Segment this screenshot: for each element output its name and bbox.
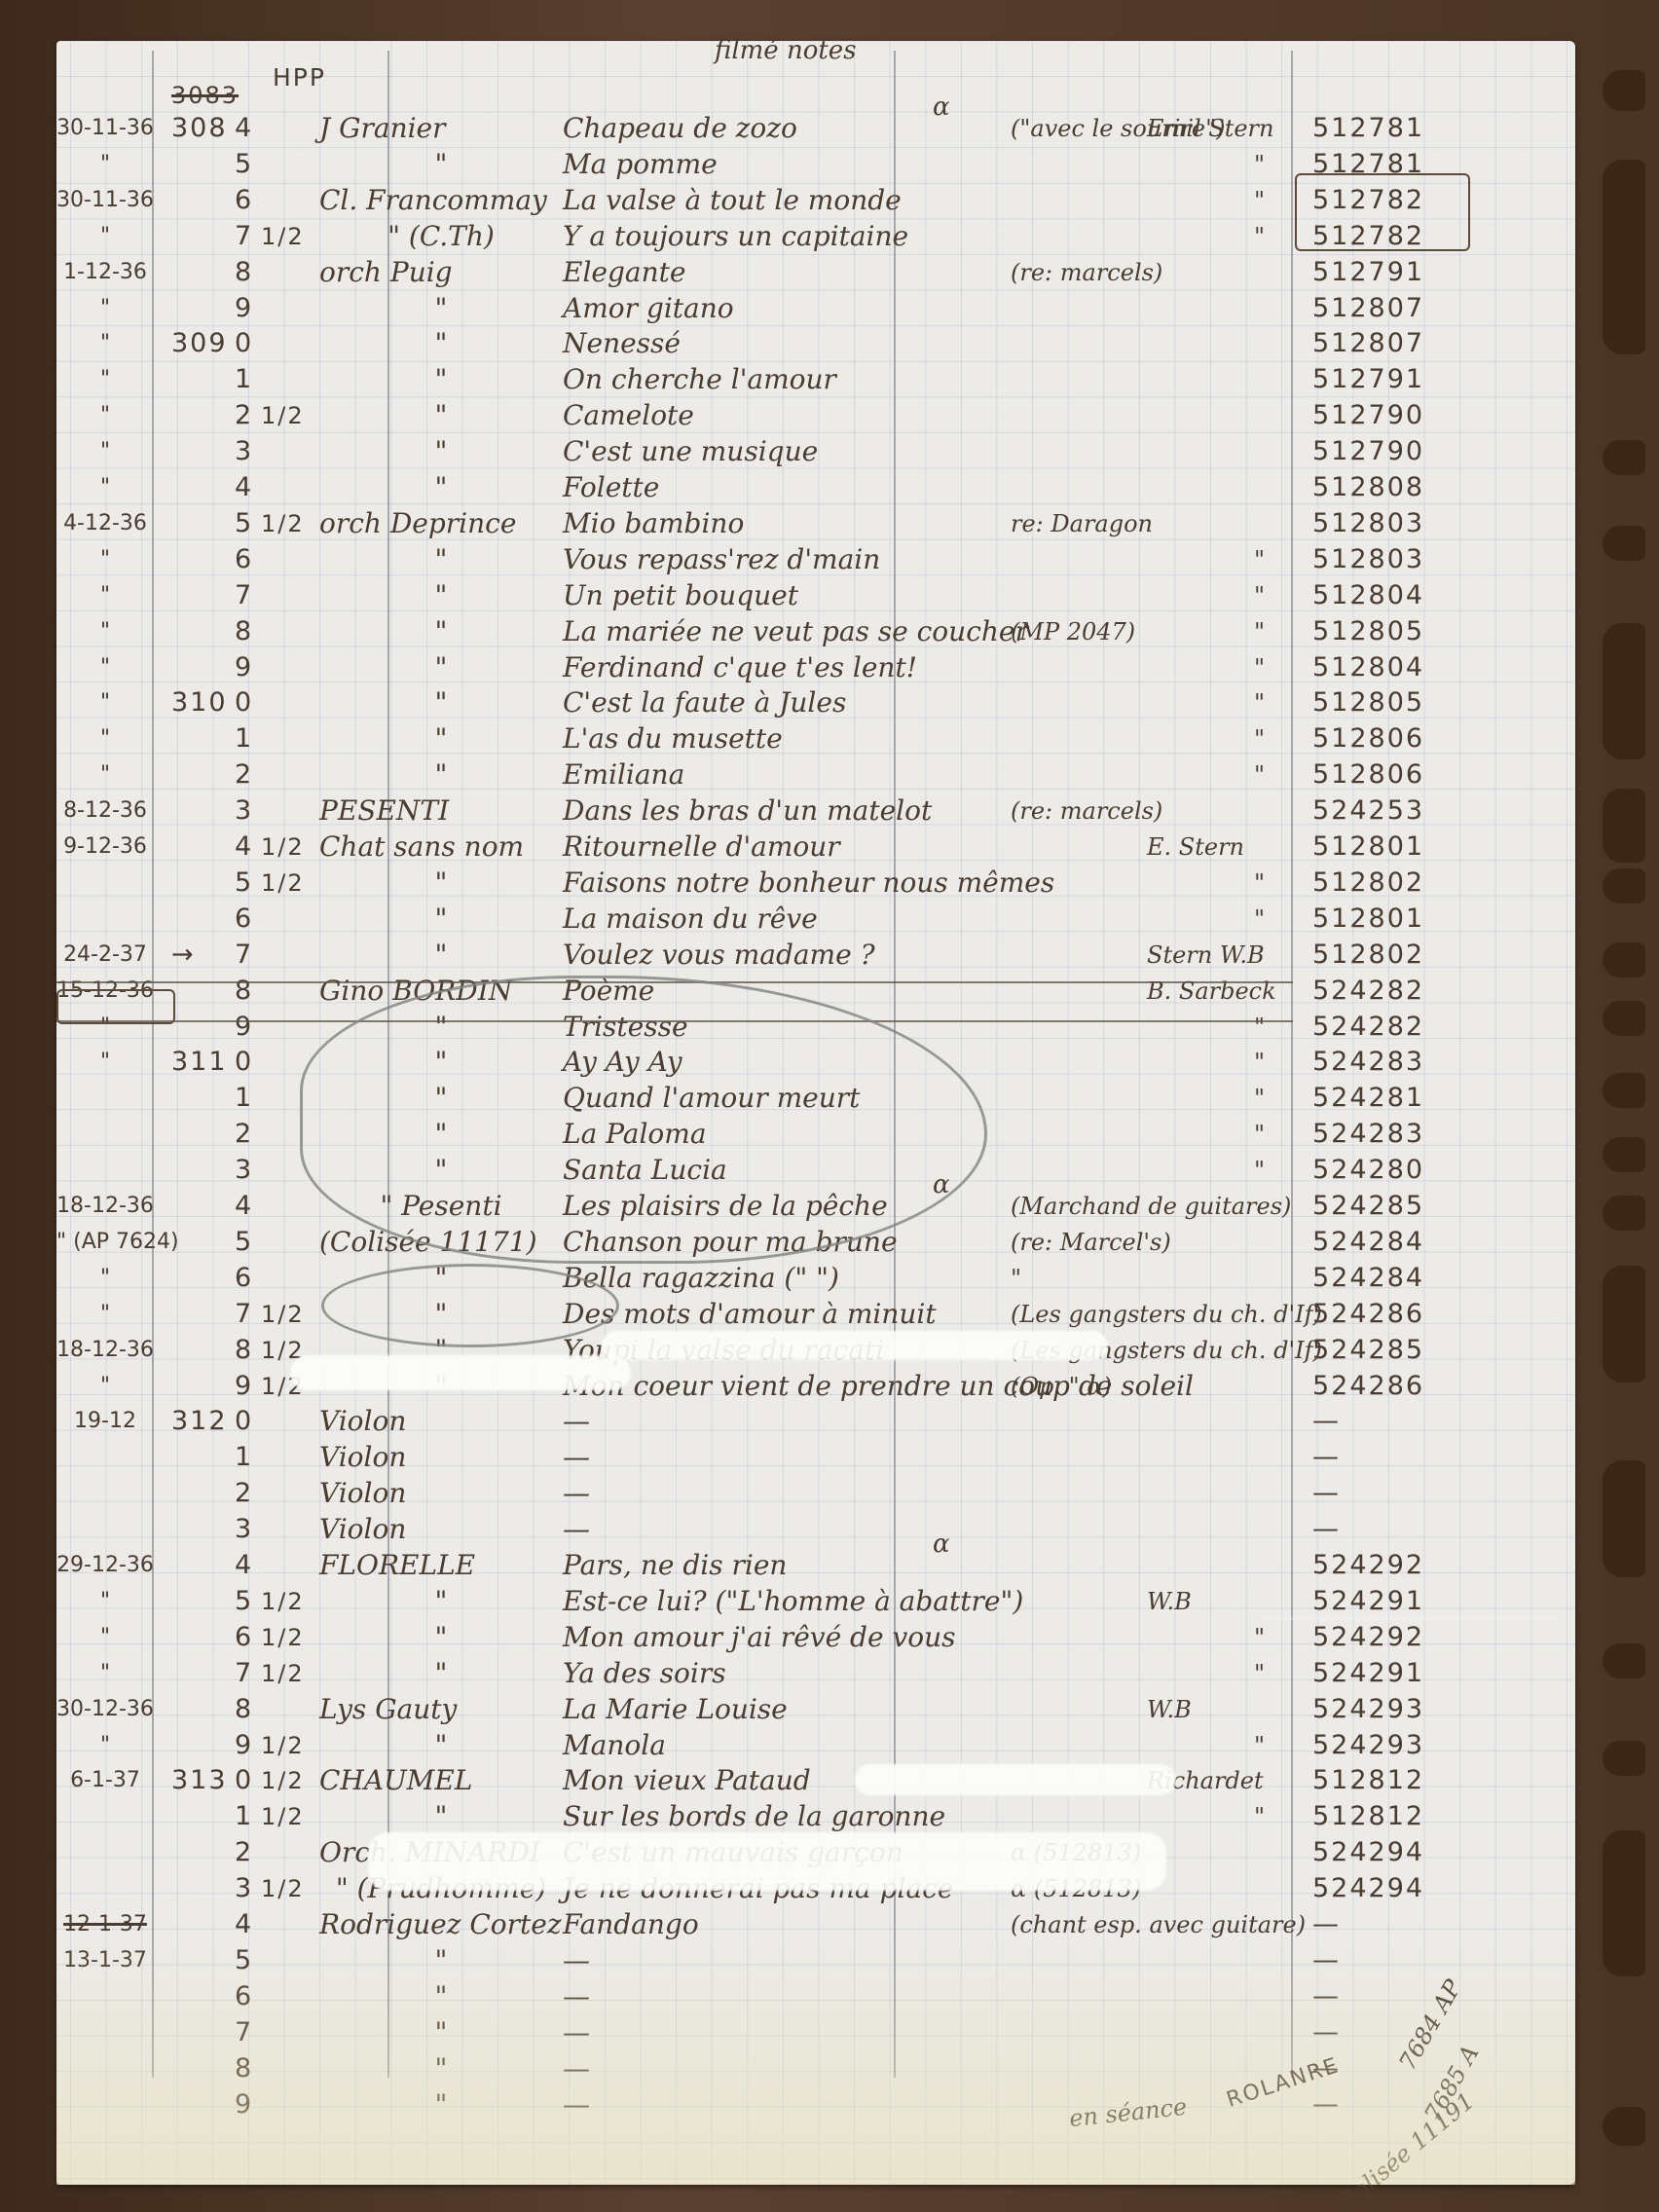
- cell-matrix: 512807: [1312, 326, 1424, 361]
- cell-note: (Marchand de guitares): [1011, 1189, 1291, 1224]
- cell-title: Dans les bras d'un matelot: [563, 793, 932, 829]
- cell-title: C'est la faute à Jules: [563, 685, 846, 720]
- cell-matrix: 524282: [1312, 1010, 1424, 1045]
- punch-hole: [1603, 1073, 1645, 1108]
- cell-artist: ": [319, 398, 563, 433]
- cell-matrix: 512804: [1312, 650, 1424, 685]
- cell-artist: ": [319, 902, 563, 937]
- matrix-box: [1295, 173, 1470, 251]
- cell-date: ": [56, 291, 154, 326]
- cell-take: 7: [235, 938, 253, 973]
- cell-take: 6: [235, 1979, 253, 2014]
- punch-hole: [1603, 868, 1645, 903]
- cell-artist: ": [319, 685, 563, 720]
- cell-title: Ya des soirs: [563, 1656, 726, 1691]
- cell-take: 2: [235, 1476, 253, 1511]
- cell-artist: Chat sans nom: [319, 829, 563, 865]
- punch-hole: [1603, 440, 1645, 475]
- cell-date: 24-2-37: [56, 938, 154, 973]
- cell-author: ": [1254, 1728, 1265, 1763]
- cell-note: ": [1011, 1261, 1021, 1296]
- cell-artist: Violon: [319, 1512, 563, 1547]
- cell-matrix: 512790: [1312, 398, 1424, 433]
- cell-note: re: Daragon: [1011, 506, 1153, 541]
- cell-artist: ": [319, 1584, 563, 1619]
- cell-take: 7: [235, 2015, 253, 2050]
- cell-matrix: 524285: [1312, 1333, 1424, 1368]
- cell-matrix: 524294: [1312, 1871, 1424, 1906]
- cell-take: 3: [235, 434, 253, 469]
- cell-block: 311: [171, 1045, 228, 1080]
- cell-matrix: 512805: [1312, 614, 1424, 649]
- cell-matrix: 524282: [1312, 974, 1424, 1009]
- cell-matrix: 524283: [1312, 1117, 1424, 1152]
- cell-author: ": [1254, 1656, 1265, 1691]
- cell-title: L'as du musette: [563, 721, 783, 756]
- cell-author: ": [1254, 614, 1265, 649]
- cell-block: →: [171, 938, 196, 973]
- punch-hole: [1603, 942, 1645, 977]
- punch-hole: [1603, 1137, 1645, 1172]
- cell-title: Amor gitano: [563, 291, 734, 326]
- cell-take: 8: [235, 614, 253, 649]
- cell-title: La maison du rêve: [563, 902, 818, 937]
- cell-take: 3: [235, 793, 253, 829]
- cell-artist: ": [319, 2087, 563, 2122]
- cell-take: 1: [235, 1799, 253, 1834]
- date-box: [56, 989, 175, 1024]
- page-title: filmé notes: [715, 33, 857, 68]
- cell-artist: ": [319, 291, 563, 326]
- cell-take: 5: [235, 1943, 253, 1978]
- cell-take: 0: [235, 1045, 253, 1080]
- cell-matrix: 512791: [1312, 255, 1424, 290]
- cell-take: 3: [235, 1871, 253, 1906]
- cell-matrix: 512803: [1312, 542, 1424, 577]
- cell-matrix: 512803: [1312, 506, 1424, 541]
- cell-take: 1: [235, 362, 253, 397]
- cell-title: La mariée ne veut pas se coucher: [563, 614, 1028, 649]
- cell-take: 0: [235, 1763, 253, 1798]
- cell-note: (re: marcels): [1011, 255, 1162, 290]
- cell-matrix: 524294: [1312, 1835, 1424, 1870]
- cell-artist: ": [319, 362, 563, 397]
- cell-half: 1/2: [261, 1656, 305, 1691]
- cell-matrix: 524292: [1312, 1548, 1424, 1583]
- cell-title: —: [563, 2015, 590, 2050]
- cell-title: Y a toujours un capitaine: [563, 219, 908, 254]
- cell-take: 8: [235, 2051, 253, 2086]
- cell-date: ": [56, 721, 154, 756]
- cell-matrix: 512790: [1312, 434, 1424, 469]
- cell-take: 5: [235, 866, 253, 901]
- cell-take: 2: [235, 1117, 253, 1152]
- cell-date: 30-11-36: [56, 183, 154, 218]
- cell-artist: ": [319, 1656, 563, 1691]
- cell-author: Emil Stern: [1147, 111, 1273, 146]
- cell-title: Pars, ne dis rien: [563, 1548, 787, 1583]
- cell-author: ": [1254, 902, 1265, 937]
- cell-date: ": [56, 685, 154, 720]
- cell-title: Camelote: [563, 398, 694, 433]
- cell-artist: ": [319, 1943, 563, 1978]
- cell-take: 5: [235, 147, 253, 182]
- cell-author: ": [1254, 757, 1265, 793]
- cell-title: Elegante: [563, 255, 685, 290]
- cell-artist: Rodriguez Cortez: [319, 1907, 563, 1942]
- cell-title: —: [563, 1943, 590, 1978]
- cell-take: 1: [235, 1081, 253, 1116]
- cell-artist: ": [319, 614, 563, 649]
- cell-take: 6: [235, 542, 253, 577]
- cell-title: Emiliana: [563, 757, 684, 793]
- cell-title: Faisons notre bonheur nous mêmes: [563, 866, 1054, 901]
- cell-title: On cherche l'amour: [563, 362, 836, 397]
- cell-date: ": [56, 1261, 154, 1296]
- punch-hole: [1603, 1643, 1645, 1678]
- cell-matrix: 512808: [1312, 470, 1424, 505]
- cell-half: 1/2: [261, 219, 305, 254]
- cell-half: 1/2: [261, 829, 305, 865]
- cell-matrix: 512781: [1312, 111, 1424, 146]
- cell-title: C'est une musique: [563, 434, 818, 469]
- cell-half: 1/2: [261, 866, 305, 901]
- cell-date: 8-12-36: [56, 793, 154, 829]
- cell-artist: Lys Gauty: [319, 1692, 563, 1727]
- cell-artist: ": [319, 147, 563, 182]
- cell-block: 313: [171, 1763, 228, 1798]
- cell-title: Voulez vous madame ?: [563, 938, 875, 973]
- cell-artist: Cl. Francommay: [319, 183, 563, 218]
- cell-date: 12-1-37: [56, 1907, 154, 1942]
- cell-take: 4: [235, 111, 253, 146]
- cell-date: ": [56, 219, 154, 254]
- cell-title: Mon vieux Pataud: [563, 1763, 811, 1798]
- cell-take: 9: [235, 1369, 253, 1404]
- cell-half: 1/2: [261, 1728, 305, 1763]
- cell-half: 1/2: [261, 1799, 305, 1834]
- cell-take: 5: [235, 1584, 253, 1619]
- punch-hole: [1603, 526, 1645, 561]
- cell-title: Sur les bords de la garonne: [563, 1799, 945, 1834]
- punch-hole: [1603, 1196, 1645, 1231]
- punch-hole: [1603, 1266, 1645, 1382]
- cell-artist: ": [319, 938, 563, 973]
- cell-artist: ": [319, 470, 563, 505]
- cell-author: ": [1254, 147, 1265, 182]
- margin-note: en séance: [1067, 2089, 1188, 2136]
- cell-note: (re: Marcel's): [1011, 1225, 1171, 1260]
- cell-half: 1/2: [261, 506, 305, 541]
- cell-date: 13-1-37: [56, 1943, 154, 1978]
- cell-matrix: —: [1312, 2087, 1341, 2122]
- cell-artist: PESENTI: [319, 793, 563, 829]
- cell-author: ": [1254, 866, 1265, 901]
- cell-half: 1/2: [261, 1763, 305, 1798]
- correction-fluid: [855, 1764, 1176, 1795]
- cell-matrix: 524285: [1312, 1189, 1424, 1224]
- cell-take: 4: [235, 1189, 253, 1224]
- cell-date: ": [56, 1728, 154, 1763]
- cell-take: 1: [235, 721, 253, 756]
- cell-title: Un petit bouquet: [563, 578, 798, 613]
- cell-date: ": [56, 578, 154, 613]
- cell-half: 1/2: [261, 1620, 305, 1655]
- cell-artist: ": [319, 1799, 563, 1834]
- cell-matrix: 512802: [1312, 938, 1424, 973]
- punch-hole: [1603, 1830, 1645, 1976]
- cell-block: 308: [171, 111, 228, 146]
- cell-date: ": [56, 1045, 154, 1080]
- cell-date: ": [56, 1297, 154, 1332]
- cell-date: 30-12-36: [56, 1692, 154, 1727]
- cell-date: ": [56, 1369, 154, 1404]
- cell-matrix: —: [1312, 1476, 1341, 1511]
- cell-note: (chant esp. avec guitare): [1011, 1907, 1306, 1942]
- cell-artist: ": [319, 1728, 563, 1763]
- cell-take: 6: [235, 1620, 253, 1655]
- cell-take: 7: [235, 578, 253, 613]
- cell-matrix: 524284: [1312, 1225, 1424, 1260]
- cell-take: 9: [235, 1010, 253, 1045]
- cell-take: 3: [235, 1153, 253, 1188]
- punch-hole: [1603, 70, 1645, 111]
- cell-artist: ": [319, 650, 563, 685]
- cell-author: ": [1254, 721, 1265, 756]
- cell-title: —: [563, 1404, 590, 1439]
- cell-matrix: —: [1312, 1404, 1341, 1439]
- pencil-circle: [321, 1264, 619, 1347]
- cell-take: 4: [235, 470, 253, 505]
- cell-artist: ": [319, 757, 563, 793]
- correction-fluid: [290, 1355, 631, 1390]
- cell-half: 1/2: [261, 1871, 305, 1906]
- cell-artist: ": [319, 326, 563, 361]
- cell-author: ": [1254, 1010, 1265, 1045]
- cell-title: Vous repass'rez d'main: [563, 542, 880, 577]
- cell-matrix: 512801: [1312, 829, 1424, 865]
- cell-author: ": [1254, 1045, 1265, 1080]
- cell-take: 9: [235, 2087, 253, 2122]
- cell-title: —: [563, 1512, 590, 1547]
- cell-take: 5: [235, 506, 253, 541]
- cell-matrix: 524286: [1312, 1369, 1424, 1404]
- cell-matrix: —: [1312, 1512, 1341, 1547]
- cell-note: (Les gangsters du ch. d'If): [1011, 1297, 1322, 1332]
- cell-take: 6: [235, 902, 253, 937]
- cell-author: ": [1254, 1620, 1265, 1655]
- cell-take: 0: [235, 685, 253, 720]
- cell-artist: ": [319, 1979, 563, 2014]
- cell-date: ": [56, 614, 154, 649]
- cell-title: Ferdinand c'que t'es lent!: [563, 650, 917, 685]
- cell-matrix: 512802: [1312, 866, 1424, 901]
- cell-author: ": [1254, 1081, 1265, 1116]
- cell-author: ": [1254, 1117, 1265, 1152]
- cell-take: 4: [235, 1548, 253, 1583]
- cell-matrix: 524286: [1312, 1297, 1424, 1332]
- cell-artist: ": [319, 434, 563, 469]
- cell-title: Mon amour j'ai rêvé de vous: [563, 1620, 956, 1655]
- cell-take: 0: [235, 326, 253, 361]
- cell-matrix: 524284: [1312, 1261, 1424, 1296]
- cell-matrix: 524292: [1312, 1620, 1424, 1655]
- cell-date: 29-12-36: [56, 1548, 154, 1583]
- cell-matrix: 524283: [1312, 1045, 1424, 1080]
- cell-artist: ": [319, 542, 563, 577]
- cell-take: 0: [235, 1404, 253, 1439]
- cell-title: La Marie Louise: [563, 1692, 788, 1727]
- cell-take: 9: [235, 1728, 253, 1763]
- binder-holes: [1599, 0, 1645, 2212]
- cell-date: 19-12: [56, 1404, 154, 1439]
- cell-author: B. Sarbeck: [1147, 974, 1276, 1009]
- cell-title: Fandango: [563, 1907, 699, 1942]
- cell-date: 6-1-37: [56, 1763, 154, 1798]
- correction-fluid: [368, 1832, 1166, 1891]
- cell-date: ": [56, 542, 154, 577]
- cell-author: ": [1254, 1153, 1265, 1188]
- cell-title: —: [563, 1440, 590, 1475]
- cell-take: 1: [235, 1440, 253, 1475]
- cell-matrix: 512805: [1312, 685, 1424, 720]
- cell-author: ": [1254, 1799, 1265, 1834]
- cell-artist: " (C.Th): [319, 219, 563, 254]
- cell-author: W.B: [1147, 1584, 1192, 1619]
- cell-title: La valse à tout le monde: [563, 183, 902, 218]
- cell-date: ": [56, 362, 154, 397]
- cell-artist: Violon: [319, 1404, 563, 1439]
- cell-date: ": [56, 147, 154, 182]
- cell-date: 4-12-36: [56, 506, 154, 541]
- cell-matrix: 512804: [1312, 578, 1424, 613]
- cell-date: " (AP 7624): [56, 1225, 154, 1260]
- cell-matrix: 512812: [1312, 1799, 1424, 1834]
- pencil-bracket: [300, 976, 987, 1264]
- cell-block: 310: [171, 685, 228, 720]
- cell-date: ": [56, 398, 154, 433]
- cell-date: ": [56, 757, 154, 793]
- cell-date: ": [56, 1584, 154, 1619]
- cell-note: (Op. " α): [1011, 1369, 1112, 1404]
- cell-date: ": [56, 650, 154, 685]
- cell-date: ": [56, 1620, 154, 1655]
- cell-matrix: 512806: [1312, 757, 1424, 793]
- cell-date: 1-12-36: [56, 255, 154, 290]
- cell-take: 2: [235, 398, 253, 433]
- cell-author: ": [1254, 219, 1265, 254]
- cell-take: 7: [235, 1656, 253, 1691]
- cell-title: Ritournelle d'amour: [563, 829, 840, 865]
- cell-author: ": [1254, 183, 1265, 218]
- cell-date: ": [56, 434, 154, 469]
- cell-date: ": [56, 470, 154, 505]
- cell-title: Ma pomme: [563, 147, 718, 182]
- cell-matrix: 512801: [1312, 902, 1424, 937]
- cell-date: ": [56, 326, 154, 361]
- punch-hole: [1603, 623, 1645, 759]
- correction-fluid: [602, 1331, 1108, 1360]
- cell-artist: ": [319, 2015, 563, 2050]
- cell-artist: ": [319, 578, 563, 613]
- cell-matrix: 512806: [1312, 721, 1424, 756]
- cell-block: 312: [171, 1404, 228, 1439]
- cell-title: Chapeau de zozo: [563, 111, 797, 146]
- column-header-hpp: HPP: [273, 60, 326, 95]
- cell-matrix: 524253: [1312, 793, 1424, 829]
- cell-author: Stern W.B: [1147, 938, 1265, 973]
- alpha-mark-icon: α: [933, 1527, 950, 1562]
- cell-take: 7: [235, 219, 253, 254]
- cell-matrix: 524280: [1312, 1153, 1424, 1188]
- cell-artist: ": [319, 1620, 563, 1655]
- cell-take: 8: [235, 255, 253, 290]
- cell-take: 8: [235, 1333, 253, 1368]
- cell-matrix: —: [1312, 1907, 1341, 1942]
- cell-title: —: [563, 2051, 590, 2086]
- punch-hole: [1603, 1001, 1645, 1036]
- punch-hole: [1603, 1741, 1645, 1776]
- punch-hole: [1603, 789, 1645, 863]
- margin-note: Colisée 11191: [1331, 2084, 1483, 2212]
- cell-author: ": [1254, 542, 1265, 577]
- cell-half: 1/2: [261, 1297, 305, 1332]
- correction-fluid: [1264, 1618, 1556, 1619]
- cell-matrix: —: [1312, 1979, 1341, 2014]
- cell-artist: orch Puig: [319, 255, 563, 290]
- cell-take: 2: [235, 1835, 253, 1870]
- cell-take: 9: [235, 650, 253, 685]
- cell-note: (MP 2047): [1011, 614, 1135, 649]
- cell-take: 5: [235, 1225, 253, 1260]
- cell-artist: FLORELLE: [319, 1548, 563, 1583]
- cell-artist: J Granier: [319, 111, 563, 146]
- ledger-page: filmé notes 3083 HPP 30-11-363084J Grani…: [56, 41, 1575, 2185]
- cell-take: 9: [235, 291, 253, 326]
- cell-take: 7: [235, 1297, 253, 1332]
- cell-matrix: 524281: [1312, 1081, 1424, 1116]
- cell-matrix: 512807: [1312, 291, 1424, 326]
- cell-title: —: [563, 2087, 590, 2122]
- cell-date: 30-11-36: [56, 111, 154, 146]
- column-rule: [1291, 51, 1293, 2078]
- cell-title: Est-ce lui? ("L'homme à abattre"): [563, 1584, 1023, 1619]
- punch-hole: [1603, 2107, 1645, 2146]
- cell-take: 6: [235, 1261, 253, 1296]
- cell-date: ": [56, 1656, 154, 1691]
- cell-note: (re: marcels): [1011, 793, 1162, 829]
- cell-take: 2: [235, 757, 253, 793]
- cell-artist: ": [319, 721, 563, 756]
- cell-artist: ": [319, 866, 563, 901]
- cell-matrix: 524293: [1312, 1728, 1424, 1763]
- cell-author: W.B: [1147, 1692, 1192, 1727]
- cell-take: 4: [235, 1907, 253, 1942]
- cell-take: 6: [235, 183, 253, 218]
- cell-artist: Violon: [319, 1440, 563, 1475]
- cell-artist: Violon: [319, 1476, 563, 1511]
- cell-matrix: —: [1312, 1943, 1341, 1978]
- cell-author: E. Stern: [1147, 829, 1244, 865]
- cell-take: 3: [235, 1512, 253, 1547]
- cell-matrix: 524293: [1312, 1692, 1424, 1727]
- cell-title: Mio bambino: [563, 506, 744, 541]
- cell-artist: ": [319, 2051, 563, 2086]
- crossed-number: 3083: [171, 78, 239, 113]
- punch-hole: [1603, 1460, 1645, 1577]
- cell-half: 1/2: [261, 398, 305, 433]
- cell-take: 8: [235, 1692, 253, 1727]
